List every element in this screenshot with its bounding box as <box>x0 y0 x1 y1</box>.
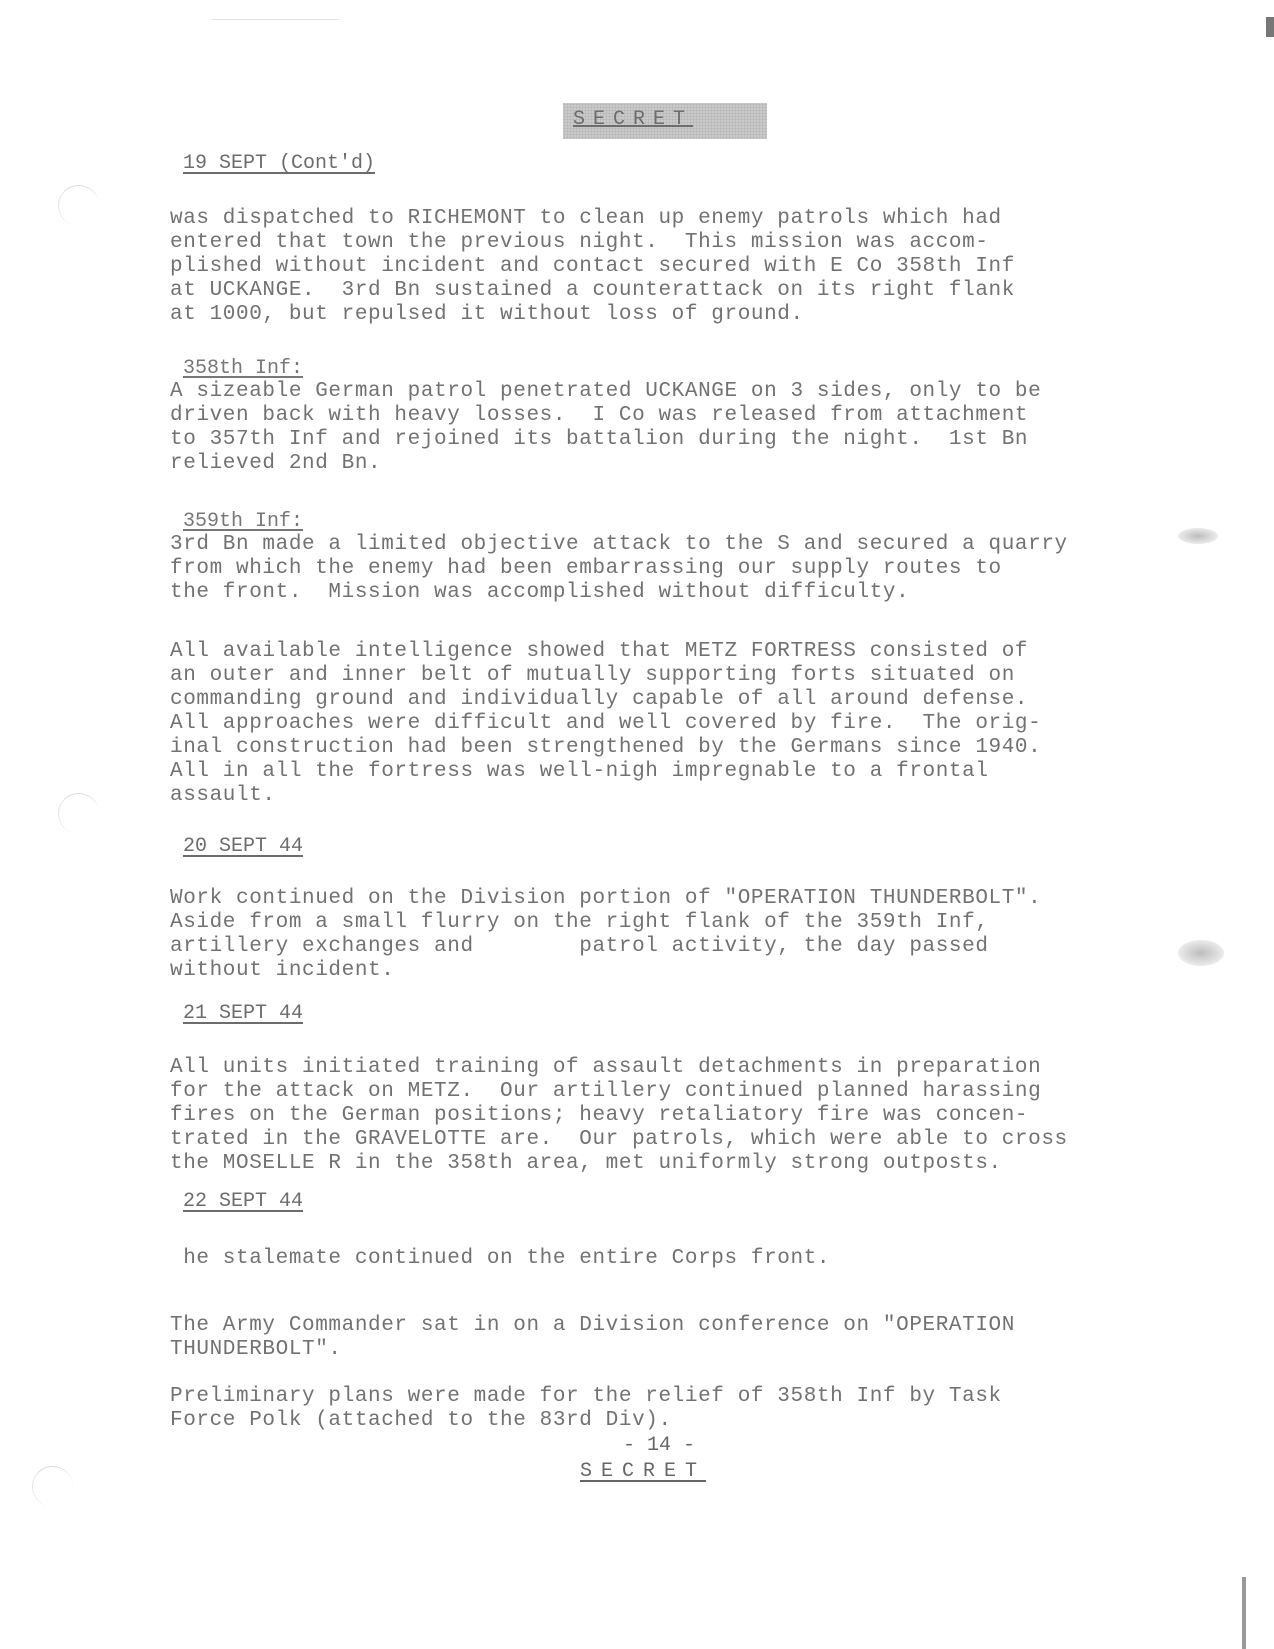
punch-hole-icon <box>32 1466 73 1507</box>
paragraph: All available intelligence showed that M… <box>170 640 1041 808</box>
smudge-mark <box>1178 940 1224 966</box>
paragraph: Work continued on the Division portion o… <box>170 887 1041 983</box>
paragraph: The Army Commander sat in on a Division … <box>170 1314 1015 1362</box>
scan-edge-mark <box>1242 1577 1246 1649</box>
paragraph: Preliminary plans were made for the reli… <box>170 1385 1002 1433</box>
classification-header: SECRET <box>573 108 693 131</box>
punch-hole-icon <box>58 793 99 834</box>
paragraph: A sizeable German patrol penetrated UCKA… <box>170 380 1041 476</box>
paragraph: All units initiated training of assault … <box>170 1056 1068 1176</box>
classification-footer: SECRET <box>580 1460 706 1483</box>
paragraph: he stalemate continued on the entire Cor… <box>170 1247 830 1271</box>
section-heading: 20 SEPT 44 <box>183 835 303 858</box>
punch-hole-icon <box>58 185 99 226</box>
unit-label: 358th Inf: <box>183 357 303 380</box>
unit-label: 359th Inf: <box>183 510 303 533</box>
document-page: SECRET 19 SEPT (Cont'd) was dispatched t… <box>0 0 1274 1649</box>
scan-artifact-line <box>212 19 339 20</box>
paragraph: 3rd Bn made a limited objective attack t… <box>170 533 1068 605</box>
section-heading: 22 SEPT 44 <box>183 1190 303 1213</box>
page-number: - 14 - <box>623 1434 695 1457</box>
classification-stamp: SECRET <box>563 103 767 139</box>
section-heading: 21 SEPT 44 <box>183 1002 303 1025</box>
scan-edge-mark <box>1266 17 1274 37</box>
section-heading: 19 SEPT (Cont'd) <box>183 152 375 175</box>
smudge-mark <box>1178 528 1218 544</box>
paragraph: was dispatched to RICHEMONT to clean up … <box>170 207 1015 327</box>
